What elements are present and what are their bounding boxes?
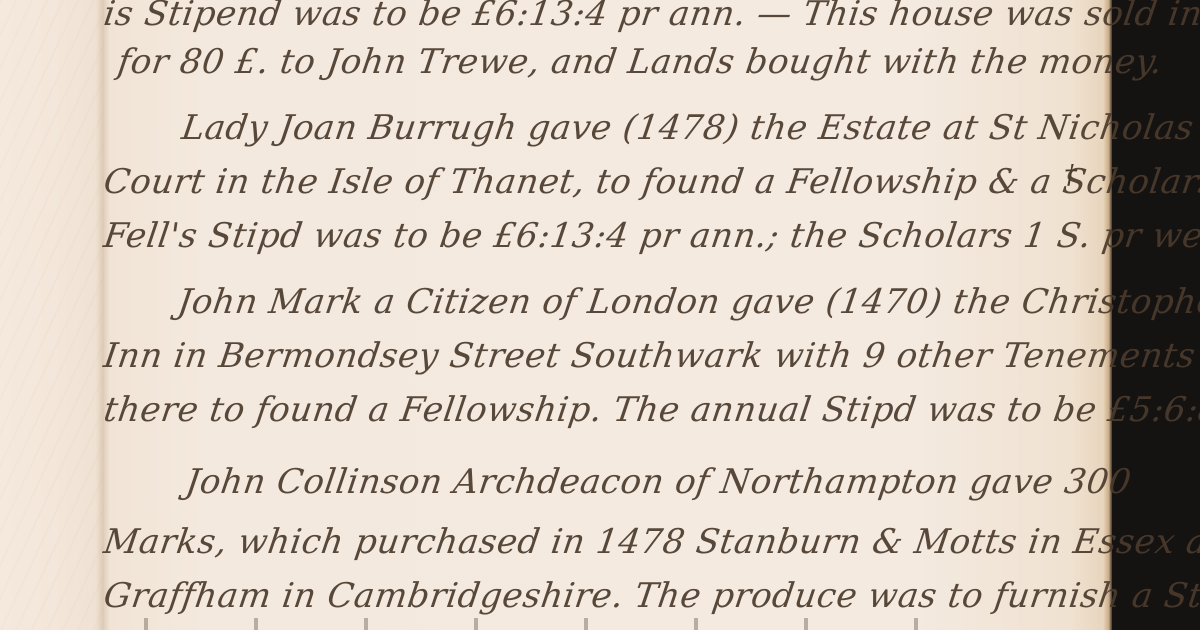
text-line: Court in the Isle of Thanet, to found a … bbox=[101, 162, 1200, 202]
text-line: Marks, which purchased in 1478 Stanburn … bbox=[101, 522, 1200, 562]
cut-off-text-line bbox=[104, 618, 1004, 630]
text-line: there to found a Fellowship. The annual … bbox=[101, 390, 1200, 430]
text-line: for 80 £. to John Trewe, and Lands bough… bbox=[115, 42, 1165, 82]
text-line: Inn in Bermondsey Street Southwark with … bbox=[101, 336, 1198, 376]
dagger-footnote-icon: † bbox=[1064, 160, 1077, 190]
text-line: Graffham in Cambridgeshire. The produce … bbox=[101, 576, 1200, 616]
text-line: John Collinson Archdeacon of Northampton… bbox=[183, 462, 1134, 502]
text-line: John Mark a Citizen of London gave (1470… bbox=[175, 282, 1200, 322]
text-line: is Stipend was to be £6:13:4 pr ann. — T… bbox=[101, 0, 1200, 34]
text-line: Fell's Stipd was to be £6:13:4 pr ann.; … bbox=[101, 216, 1200, 256]
text-line: Lady Joan Burrugh gave (1478) the Estate… bbox=[179, 108, 1196, 148]
manuscript-viewer: is Stipend was to be £6:13:4 pr ann. — T… bbox=[0, 0, 1200, 630]
manuscript-text: is Stipend was to be £6:13:4 pr ann. — T… bbox=[0, 0, 1110, 630]
